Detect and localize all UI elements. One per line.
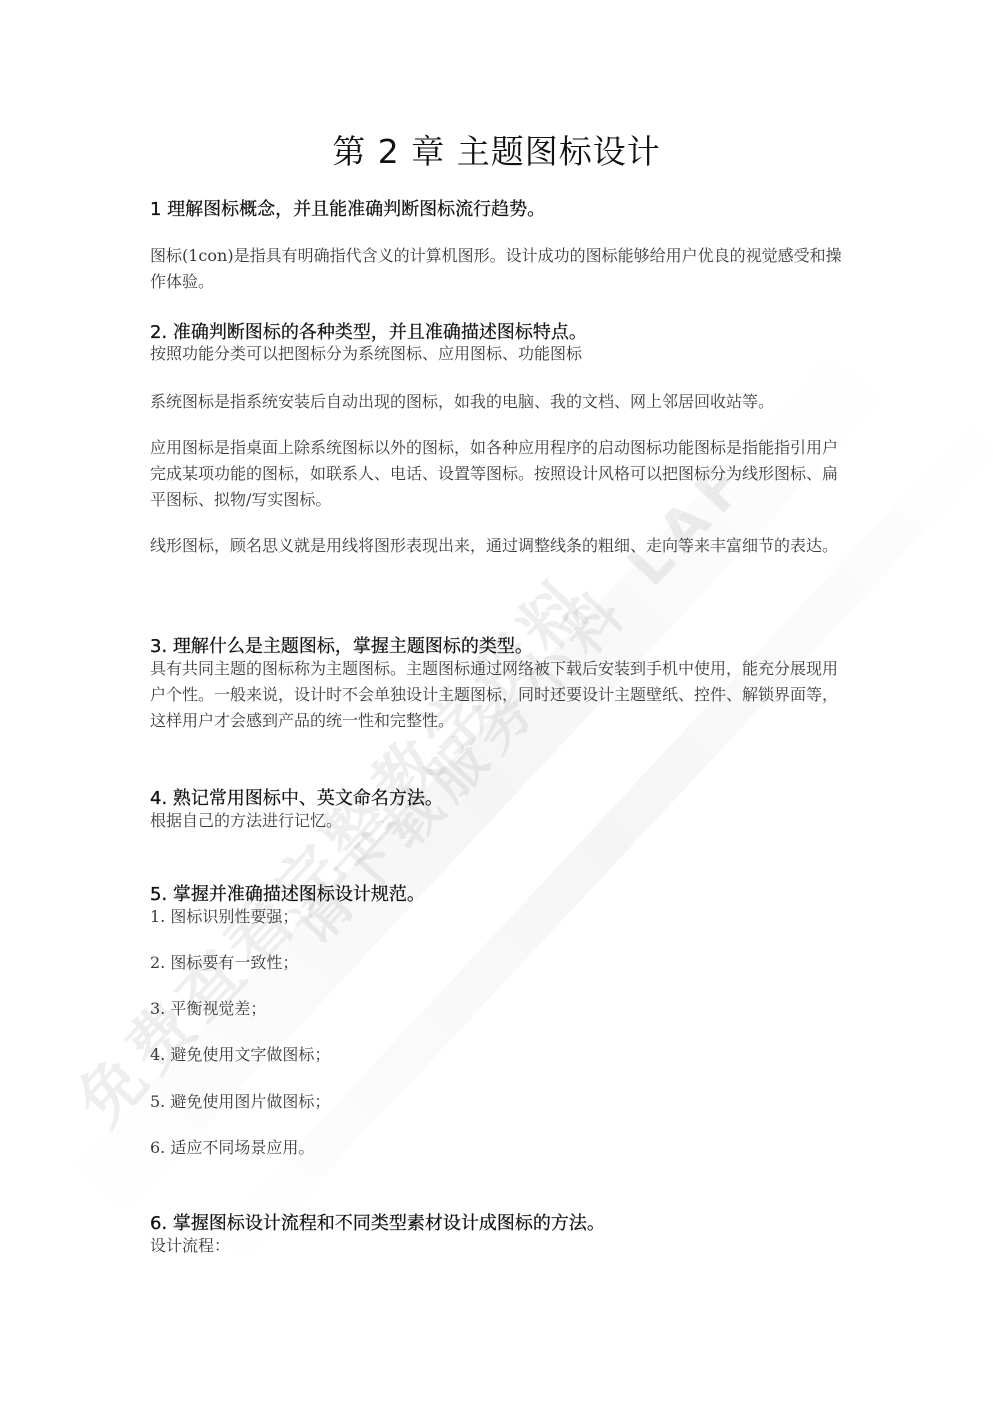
paragraph: 应用图标是指桌面上除系统图标以外的图标，如各种应用程序的启动图标功能图标是指能指… [150, 435, 850, 513]
paragraph: 设计流程： [150, 1233, 850, 1259]
chapter-title: 第 2 章 主题图标设计 [0, 126, 993, 173]
section-heading: 6. 掌握图标设计流程和不同类型素材设计成图标的方法。 [150, 1209, 605, 1235]
list-item: 3. 平衡视觉差； [150, 996, 850, 1022]
list-item: 1. 图标识别性要强； [150, 904, 850, 930]
list-item: 2. 图标要有一致性； [150, 950, 850, 976]
paragraph: 按照功能分类可以把图标分为系统图标、应用图标、功能图标 [150, 341, 850, 367]
section-heading: 4. 熟记常用图标中、英文命名方法。 [150, 784, 443, 810]
section-heading: 1 理解图标概念，并且能准确判断图标流行趋势。 [150, 195, 545, 221]
paragraph: 根据自己的方法进行记忆。 [150, 808, 850, 834]
list-item: 5. 避免使用图片做图标； [150, 1089, 850, 1115]
list-item: 6. 适应不同场景应用。 [150, 1135, 850, 1161]
list-item: 4. 避免使用文字做图标； [150, 1042, 850, 1068]
section-heading: 3. 理解什么是主题图标，掌握主题图标的类型。 [150, 632, 533, 658]
document-page: 免费查看完整教学资料 请下载服务小料 LAF 第 2 章 主题图标设计 1 理解… [0, 0, 993, 1404]
paragraph: 具有共同主题的图标称为主题图标。主题图标通过网络被下载后安装到手机中使用，能充分… [150, 656, 850, 734]
section-heading: 5. 掌握并准确描述图标设计规范。 [150, 880, 425, 906]
paragraph: 系统图标是指系统安装后自动出现的图标，如我的电脑、我的文档、网上邻居回收站等。 [150, 389, 850, 415]
paragraph: 图标(1con)是指具有明确指代含义的计算机图形。设计成功的图标能够给用户优良的… [150, 243, 850, 295]
paragraph: 线形图标，顾名思义就是用线将图形表现出来，通过调整线条的粗细、走向等来丰富细节的… [150, 533, 850, 559]
